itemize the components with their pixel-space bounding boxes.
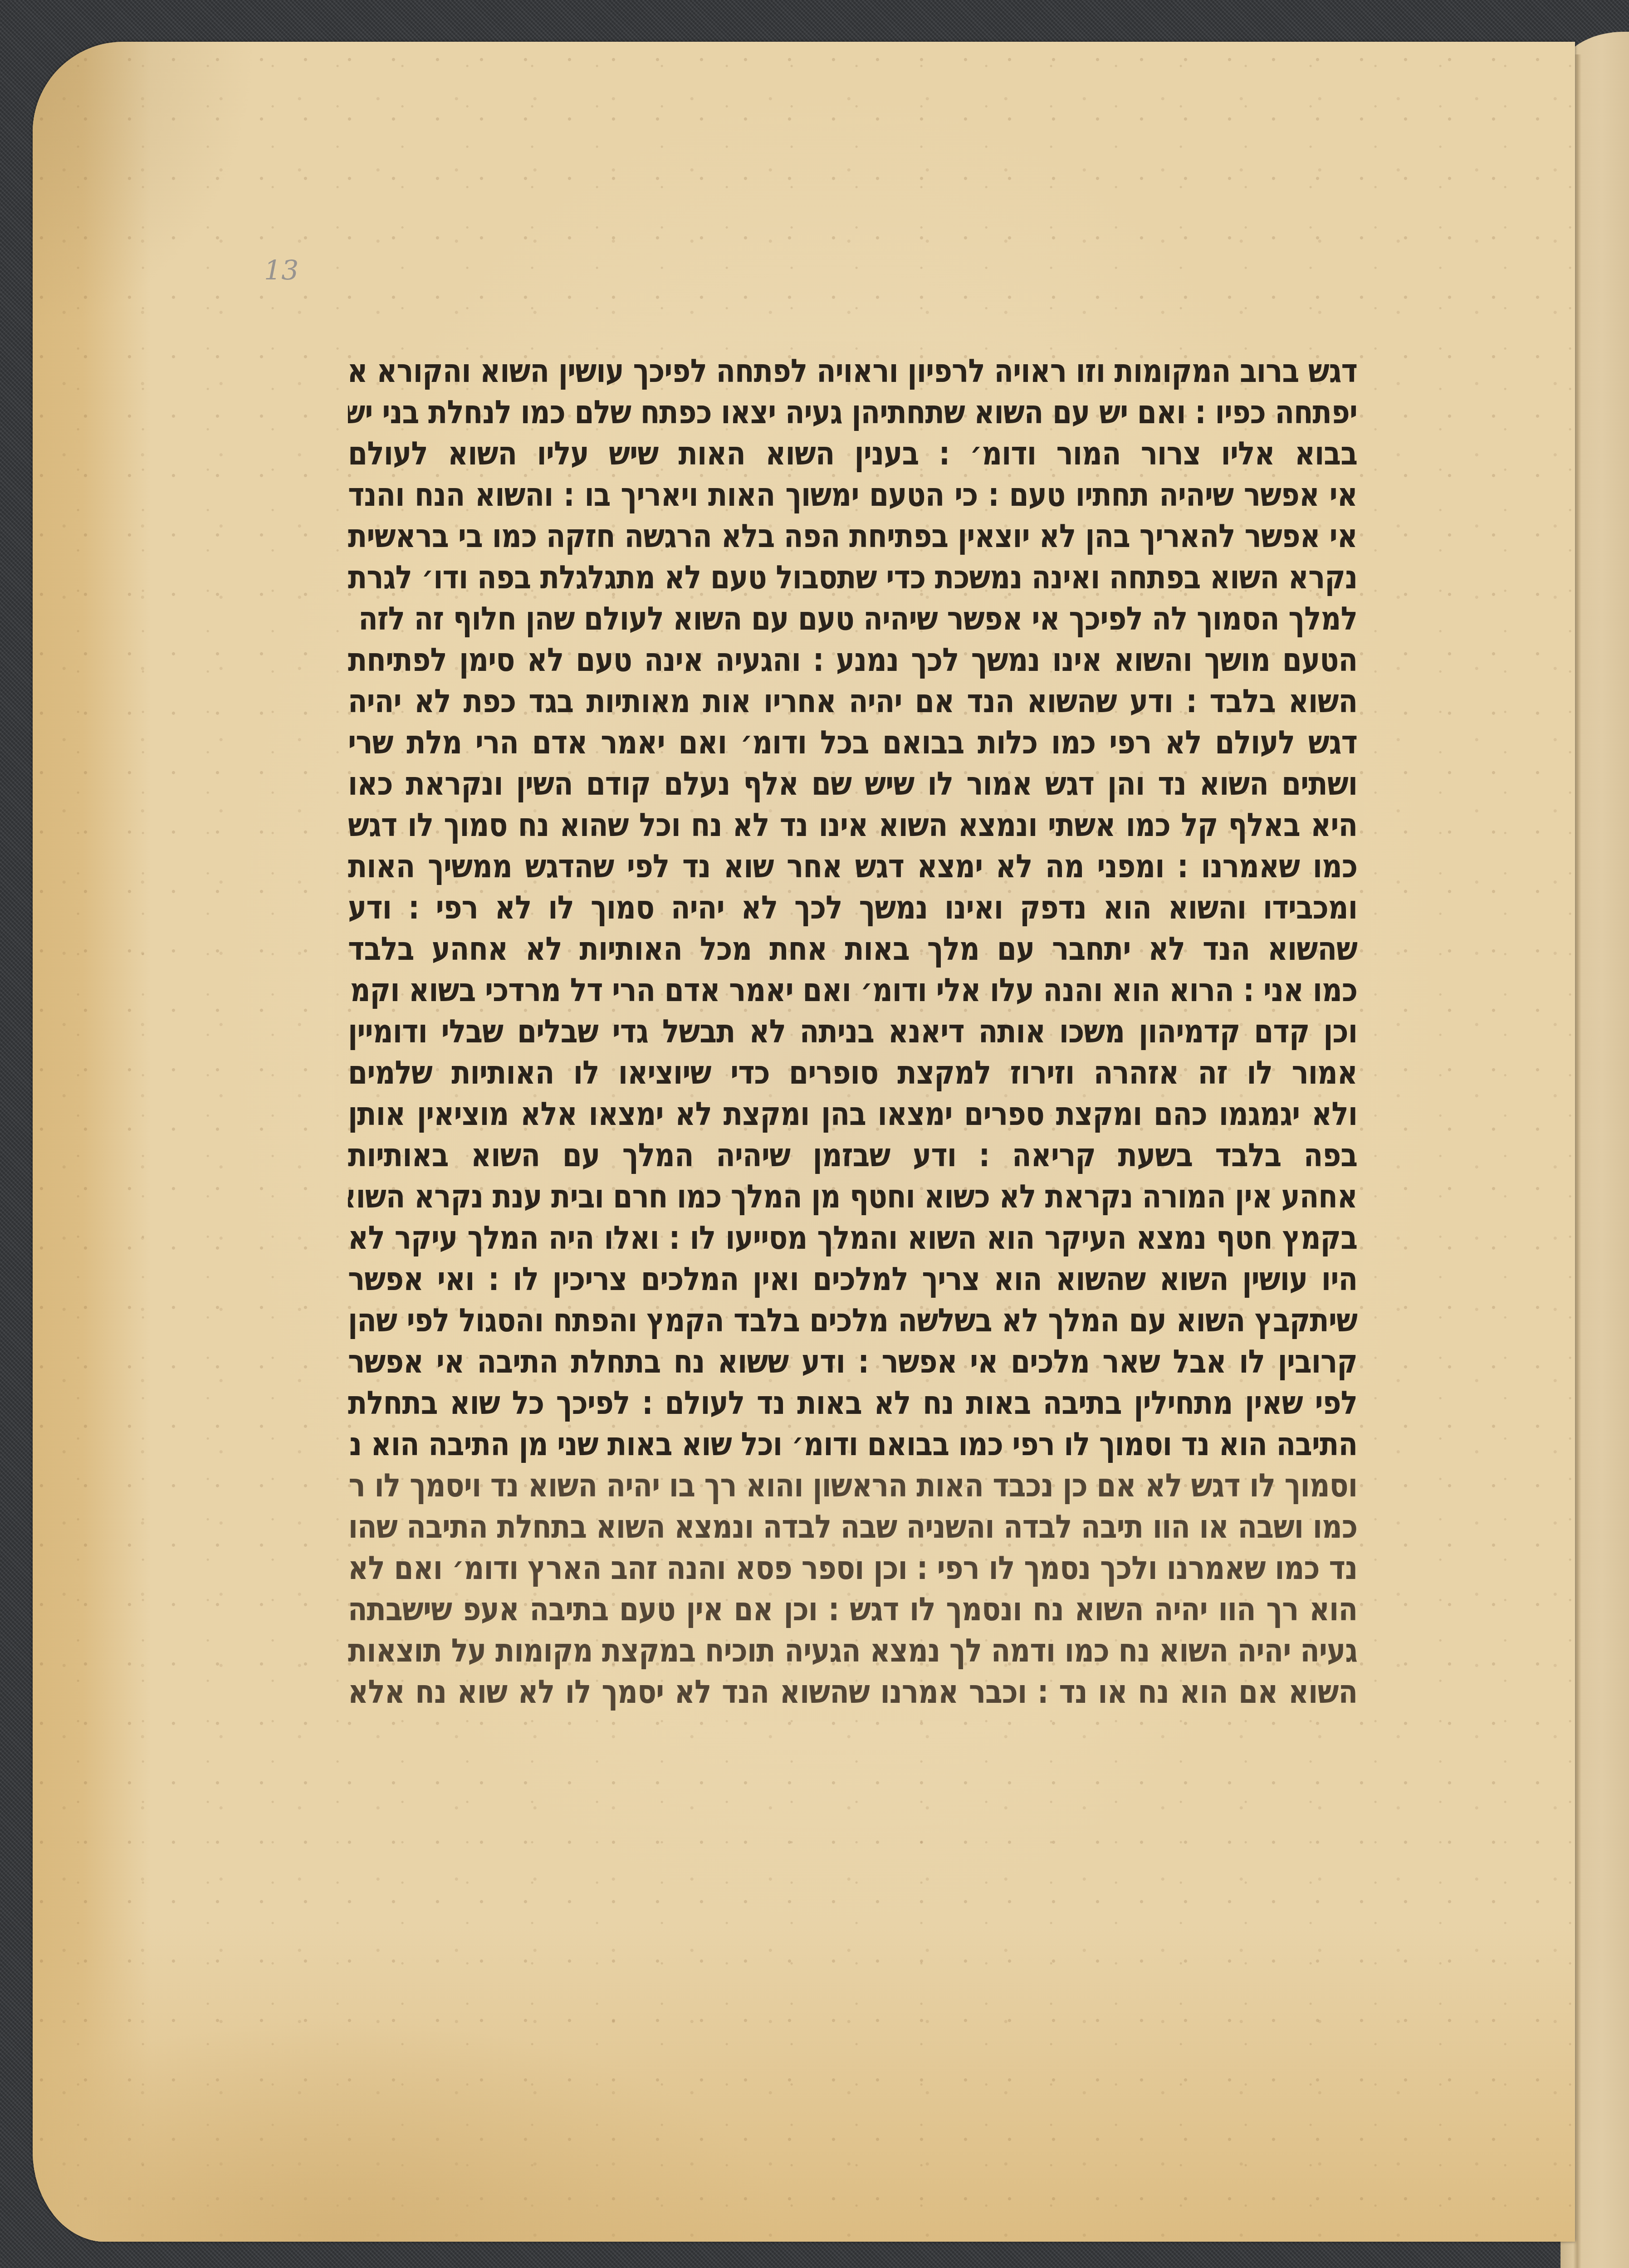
manuscript-page: 13 דגש ברוב המקומות וזו ראויה לרפיון ורא… [33, 42, 1575, 2242]
text-line: הוא רך הוו יהיה השוא נח ונסמך לו דגש : ו… [348, 1585, 1357, 1633]
text-line: ולא יגמגמו כהם ומקצת ספרים ימצאו בהן ומק… [348, 1090, 1357, 1138]
text-line: כמו ושבה או הוו תיבה לבדה והשניה שבה לבד… [348, 1503, 1357, 1550]
text-line: נד כמו שאמרנו ולכך נסמך לו רפי : וכן וספ… [348, 1544, 1357, 1592]
folio-number: 13 [264, 255, 298, 287]
text-line: אמור לו זה אזהרה וזירוז למקצת סופרים כדי… [348, 1049, 1357, 1096]
text-line: ומכבידו והשוא הוא נדפק ואינו נמשך לכך לא… [348, 884, 1357, 931]
text-line: כמו אני : הרוא הוא והנה עלו אלי ודומ׳ וא… [348, 966, 1357, 1014]
text-line: שיתקבץ השוא עם המלך לא בשלשה מלכים בלבד … [348, 1296, 1357, 1344]
text-line: היו עושין השוא שהשוא הוא צריך למלכים ואי… [348, 1255, 1357, 1303]
text-line: היא באלף קל כמו אשתי ונמצא השוא אינו נד … [348, 801, 1357, 849]
water-stain-bottom [33, 1833, 1257, 2242]
text-line: יפתחה כפיו : ואם יש עם השוא שתחתיהן געיה… [348, 388, 1357, 436]
text-line: דגש ברוב המקומות וזו ראויה לרפיון וראויה… [348, 347, 1357, 395]
text-line: הטעם מושך והשוא אינו נמשך לכך נמנע : והג… [348, 636, 1357, 684]
text-line: געיה יהיה השוא נח כמו ודמה לך נמצא הגעיה… [348, 1627, 1357, 1674]
text-line: השוא אם הוא נח או נד : וכבר אמרנו שהשוא … [348, 1668, 1357, 1716]
text-line: קרובין לו אבל שאר מלכים אי אפשר : ודע שש… [348, 1338, 1357, 1385]
text-line: נקרא השוא בפתחה ואינה נמשכת כדי שתסבול ט… [348, 553, 1357, 601]
text-line: לפי שאין מתחילין בתיבה באות נח לא באות נ… [348, 1379, 1357, 1427]
text-line: השוא בלבד : ודע שהשוא הנד אם יהיה אחריו … [348, 677, 1357, 725]
text-line: דגש לעולם לא רפי כמו כלות בבואם בכל ודומ… [348, 719, 1357, 766]
text-line: בפה בלבד בשעת קריאה : ודע שבזמן שיהיה המ… [348, 1131, 1357, 1179]
text-line: בבוא אליו צרור המור ודומ׳ : בענין השוא ה… [348, 430, 1357, 477]
text-line: בקמץ חטף נמצא העיקר הוא השוא והמלך מסייע… [348, 1214, 1357, 1261]
text-line: אי אפשר להאריך בהן לא יוצאין בפתיחת הפה … [348, 512, 1357, 560]
text-line: התיבה הוא נד וסמוך לו רפי כמו בבואם ודומ… [348, 1420, 1357, 1468]
text-line: שהשוא הנד לא יתחבר עם מלך באות אחת מכל ה… [348, 925, 1357, 973]
text-line: וכן קדם קדמיהון משכו אותה דיאנא בניתה לא… [348, 1007, 1357, 1055]
text-line: וסמוך לו דגש לא אם כן נכבד האות הראשון ו… [348, 1461, 1357, 1509]
text-line: ושתים השוא נד והן דגש אמור לו שיש שם אלף… [348, 760, 1357, 807]
text-line: אחהע אין המורה נקראת לא כשוא וחטף מן המל… [348, 1173, 1357, 1220]
text-line: אי אפשר שיהיה תחתיו טעם : כי הטעם ימשוך … [348, 471, 1357, 518]
text-line: למלך הסמוך לה לפיכך אי אפשר שיהיה טעם עם… [348, 595, 1357, 642]
text-line: כמו שאמרנו : ומפני מה לא ימצא דגש אחר שו… [348, 842, 1357, 890]
text-block: דגש ברוב המקומות וזו ראויה לרפיון וראויה… [348, 350, 1357, 1712]
